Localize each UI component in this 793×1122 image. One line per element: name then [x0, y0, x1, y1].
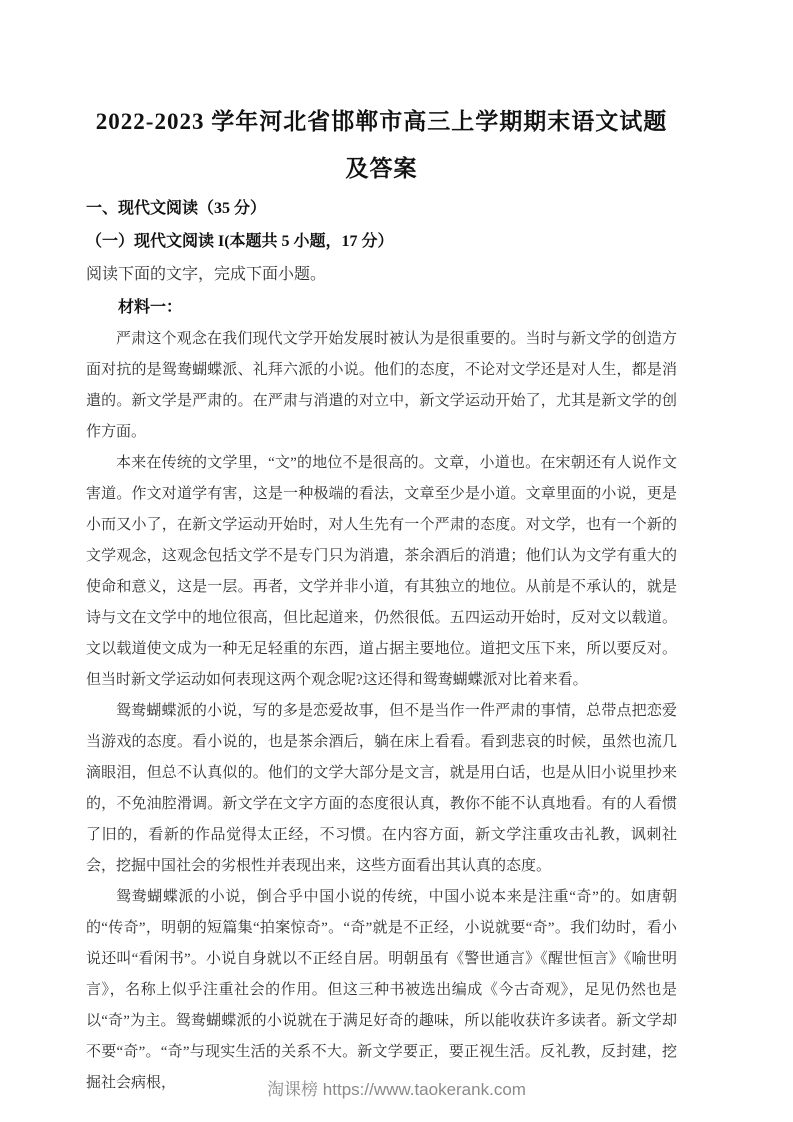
page-footer: 淘课榜 https://www.taokerank.com — [0, 1075, 793, 1100]
heading-block: 一、现代文阅读（35 分） （一）现代文阅读 I(本题共 5 小题，17 分） … — [86, 192, 677, 324]
material-paragraph-1: 严肃这个观念在我们现代文学开始发展时被认为是很重要的。当时与新文学的创造方面对抗… — [86, 324, 677, 448]
material-paragraph-4: 鸳鸯蝴蝶派的小说，倒合乎中国小说的传统，中国小说本来是注重“奇”的。如唐朝的“传… — [86, 882, 677, 1099]
footer-link[interactable]: https://www.taokerank.com — [323, 1080, 526, 1099]
material-label: 材料一： — [86, 291, 677, 324]
footer-site-name: 淘课榜 — [267, 1080, 318, 1099]
material-paragraph-2: 本来在传统的文学里，“文”的地位不是很高的。文章，小道也。在宋朝还有人说作文害道… — [86, 448, 677, 696]
document-page: 2022-2023 学年河北省邯郸市高三上学期期末语文试题及答案 一、现代文阅读… — [0, 0, 793, 1122]
material-paragraph-3: 鸳鸯蝴蝶派的小说，写的多是恋爱故事，但不是当作一件严肃的事情，总带点把恋爱当游戏… — [86, 696, 677, 882]
reading-instruction: 阅读下面的文字，完成下面小题。 — [86, 258, 677, 291]
document-title: 2022-2023 学年河北省邯郸市高三上学期期末语文试题及答案 — [86, 98, 677, 192]
subsection-heading: （一）现代文阅读 I(本题共 5 小题，17 分） — [86, 225, 677, 258]
section-heading: 一、现代文阅读（35 分） — [86, 192, 677, 225]
material-body: 严肃这个观念在我们现代文学开始发展时被认为是很重要的。当时与新文学的创造方面对抗… — [86, 324, 677, 1099]
